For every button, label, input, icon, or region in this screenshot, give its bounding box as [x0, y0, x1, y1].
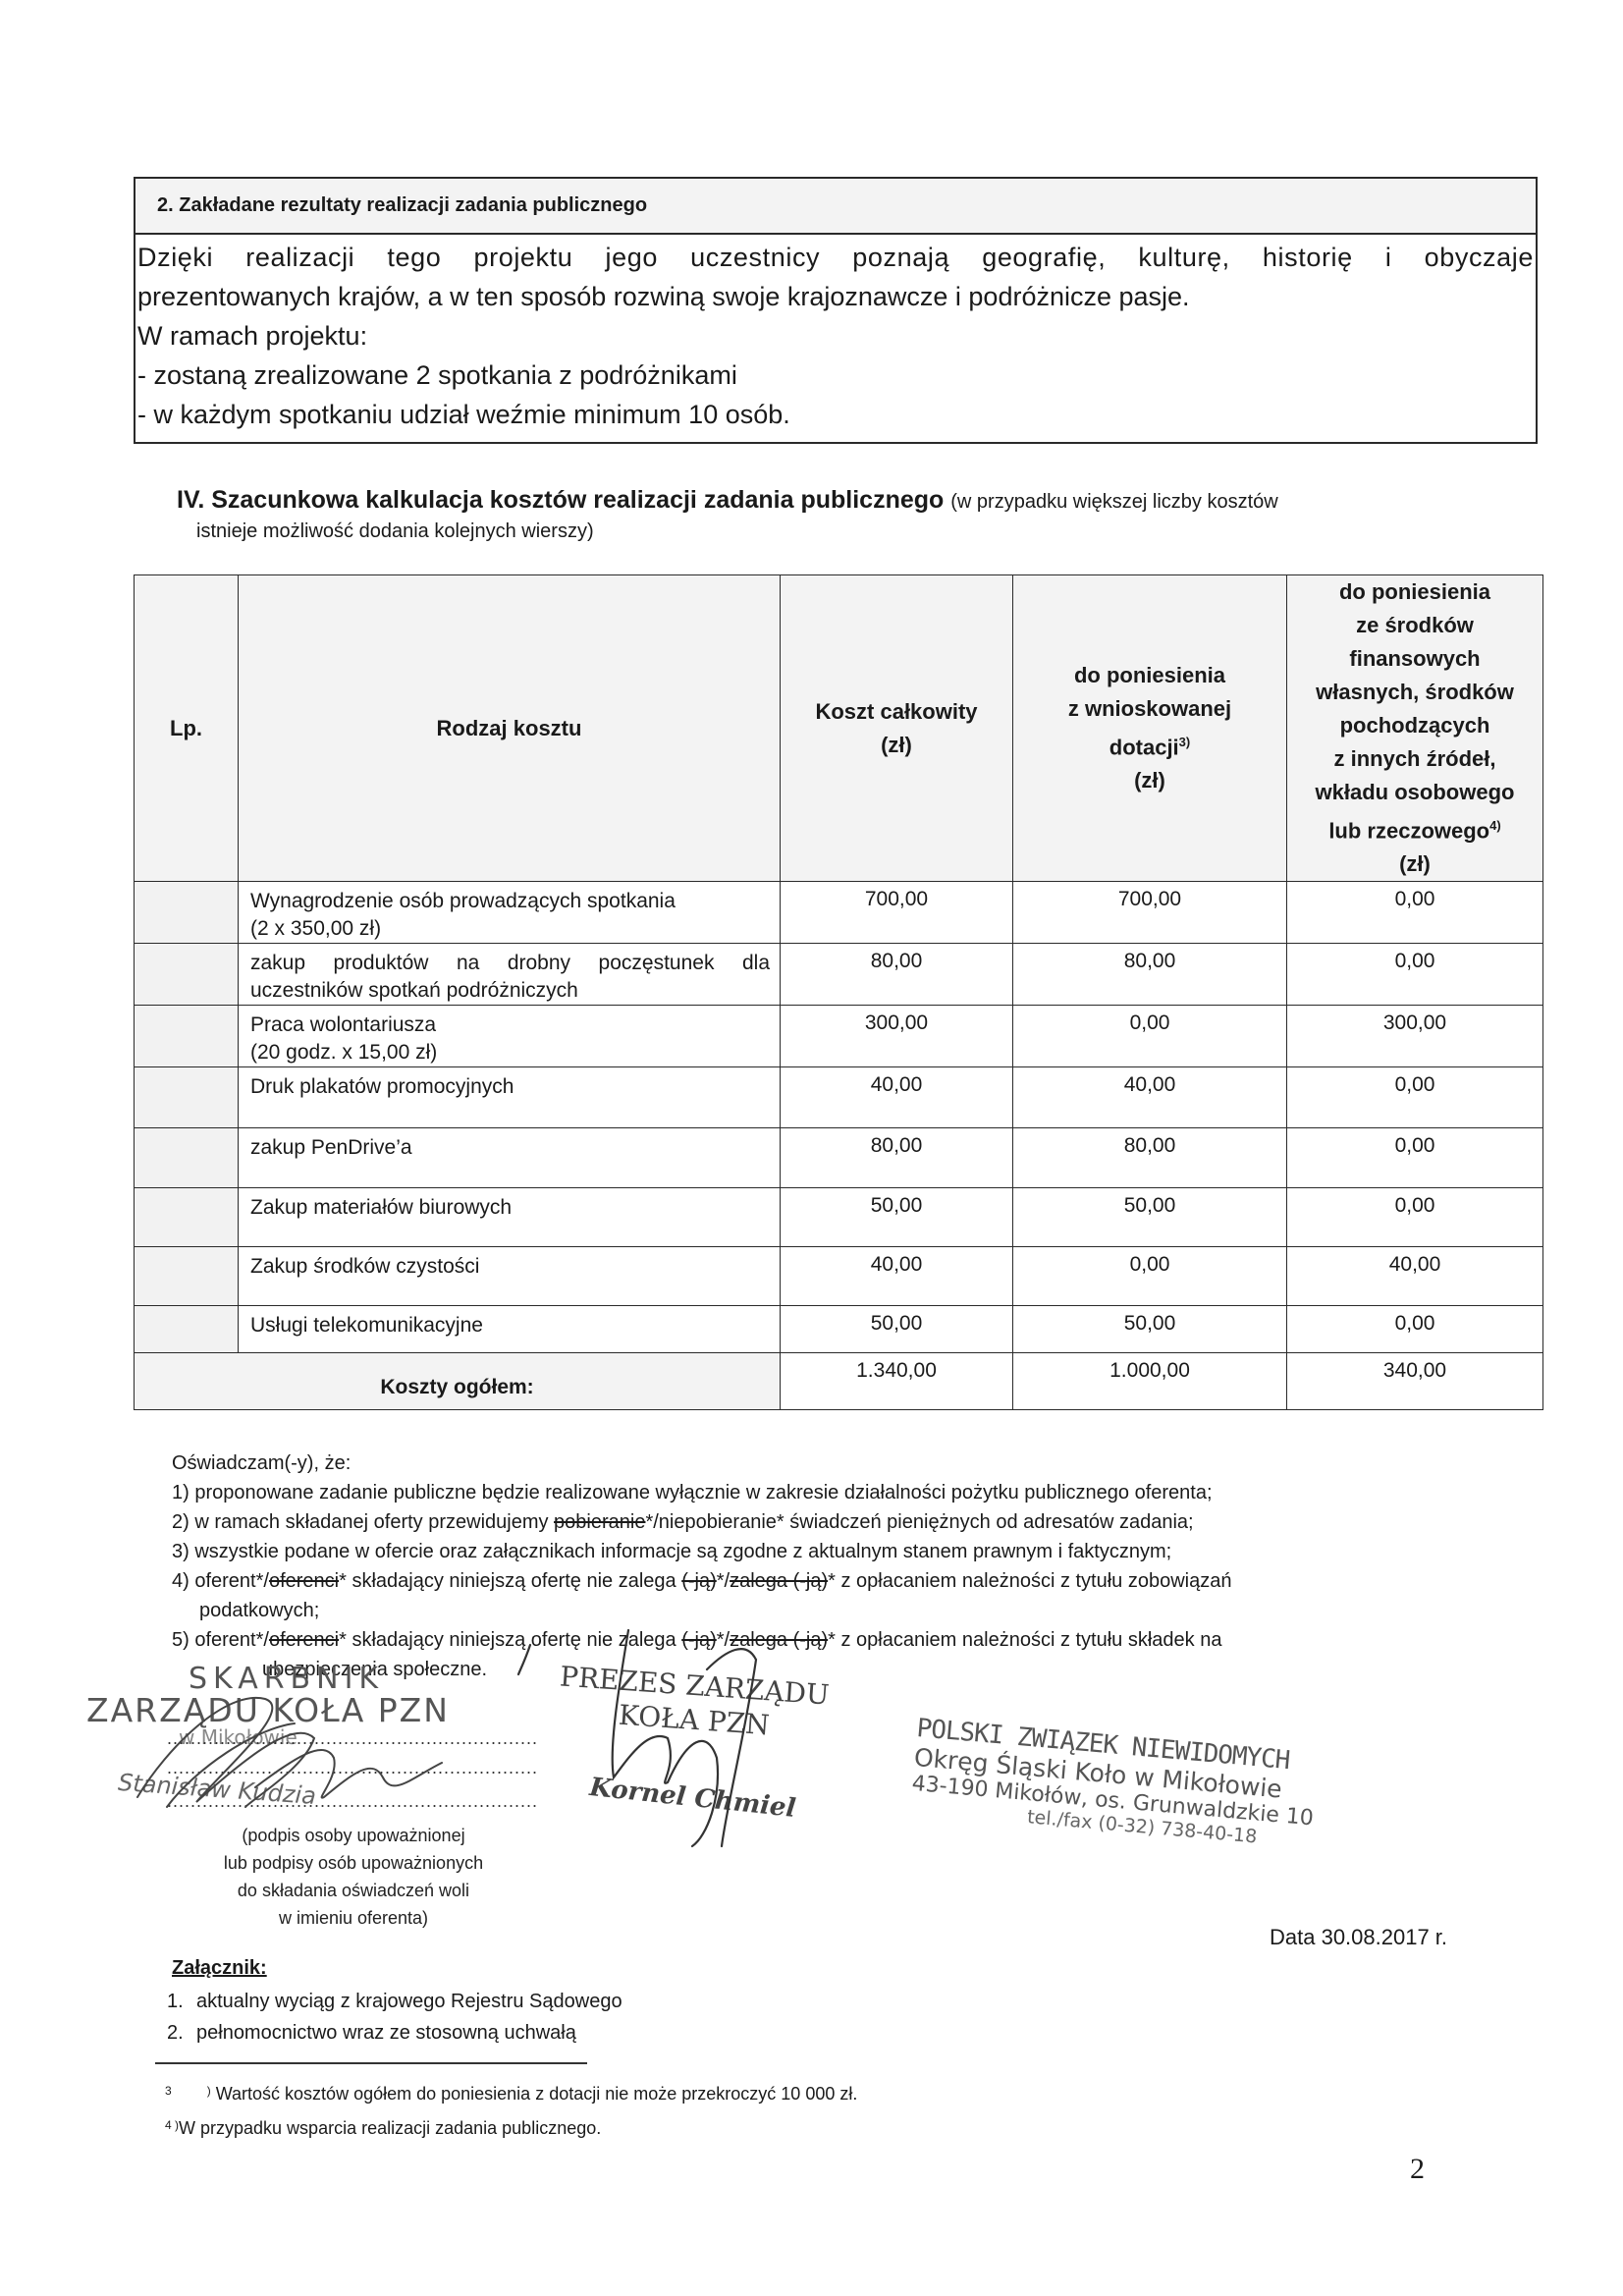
cost-row-total: 80,00 — [781, 944, 1013, 1006]
text: */niepobieranie* świadczeń pieniężnych o… — [645, 1511, 1193, 1533]
results-line: W ramach projektu: — [137, 316, 1534, 355]
declaration-item: 2) w ramach składanej oferty przewidujem… — [172, 1507, 1478, 1537]
declaration-item: 5) oferent*/oferenci* składający niniejs… — [172, 1625, 1478, 1655]
attachment-number: 1. — [167, 1986, 196, 2017]
cost-kind-line: Praca wolontariusza — [250, 1011, 770, 1039]
col-header-kind: Rodzaj kosztu — [239, 575, 781, 882]
text: * składający niniejszą ofertę nie zalega — [339, 1629, 681, 1651]
header-line: do poniesienia — [1287, 575, 1542, 609]
total-own: 340,00 — [1287, 1353, 1543, 1410]
section4-heading: IV. Szacunkowa kalkulacja kosztów realiz… — [177, 486, 1278, 515]
cost-kind-line: (20 godz. x 15,00 zł) — [250, 1039, 770, 1066]
header-line: z wnioskowanej — [1013, 692, 1286, 726]
header-line: ze środków — [1287, 609, 1542, 642]
cost-row-own: 0,00 — [1287, 1188, 1543, 1247]
struck-option: oferenci — [269, 1629, 339, 1651]
footnote-3: 3) Wartość kosztów ogółem do poniesienia… — [165, 2084, 857, 2105]
cost-row-total: 40,00 — [781, 1247, 1013, 1306]
cost-row-lp — [135, 1006, 239, 1067]
results-section-title: 2. Zakładane rezultaty realizacji zadani… — [135, 179, 1536, 235]
attachments-list: 1.aktualny wyciąg z krajowego Rejestru S… — [167, 1986, 622, 2049]
attachment-item: 2.pełnomocnictwo wraz ze stosowną uchwał… — [167, 2017, 622, 2049]
cost-row-grant: 40,00 — [1013, 1067, 1287, 1128]
declaration-item: 3) wszystkie podane w ofercie oraz załąc… — [172, 1537, 1478, 1566]
page-number: 2 — [1410, 2153, 1425, 2186]
attachment-text: pełnomocnictwo wraz ze stosowną uchwałą — [196, 2022, 576, 2044]
header-line: lub rzeczowego — [1328, 818, 1489, 843]
treasurer-stamp-board: ZARZĄDU KOŁA PZN — [86, 1691, 450, 1729]
cost-row-own: 0,00 — [1287, 1128, 1543, 1188]
cost-kind-line: uczestników spotkań podróżniczych — [250, 977, 770, 1005]
cost-row-kind: zakup produktów na drobny poczęstunek dl… — [239, 944, 781, 1006]
cost-row-grant: 80,00 — [1013, 944, 1287, 1006]
results-section-body: Dzięki realizacji tego projektu jego ucz… — [135, 238, 1536, 434]
cost-row: Zakup materiałów biurowych50,0050,000,00 — [135, 1188, 1543, 1247]
section4-note: (w przypadku większej liczby kosztów — [950, 491, 1277, 513]
header-line: dotacji — [1109, 735, 1179, 759]
cost-row: Praca wolontariusza(20 godz. x 15,00 zł)… — [135, 1006, 1543, 1067]
total-grant: 1.000,00 — [1013, 1353, 1287, 1410]
text: * z opłacaniem należności z tytułu skład… — [828, 1629, 1221, 1651]
text: * składający niniejszą ofertę nie zalega — [339, 1570, 681, 1592]
text: 5) oferent*/ — [172, 1629, 269, 1651]
cost-row-lp — [135, 944, 239, 1006]
section4-title: IV. Szacunkowa kalkulacja kosztów realiz… — [177, 486, 944, 514]
cost-row: Zakup środków czystości40,000,0040,00 — [135, 1247, 1543, 1306]
header-line: Koszt całkowity — [781, 695, 1012, 729]
text: 2) w ramach składanej oferty przewidujem… — [172, 1511, 554, 1533]
cost-kind-line: Druk plakatów promocyjnych — [250, 1073, 770, 1101]
cost-row-lp — [135, 1128, 239, 1188]
header-line: pochodzących — [1287, 709, 1542, 742]
struck-option: pobieranie — [554, 1511, 645, 1533]
total-cost: 1.340,00 — [781, 1353, 1013, 1410]
cost-row-own: 0,00 — [1287, 882, 1543, 944]
struck-option: zalega (-ją) — [730, 1570, 828, 1592]
col-header-lp: Lp. — [135, 575, 239, 882]
text: 4) oferent*/ — [172, 1570, 269, 1592]
attachment-number: 2. — [167, 2017, 196, 2049]
cost-row-lp — [135, 1188, 239, 1247]
cost-row: Wynagrodzenie osób prowadzących spotkani… — [135, 882, 1543, 944]
section4-note-continued: istnieje możliwość dodania kolejnych wie… — [196, 520, 594, 543]
footnote-separator — [155, 2062, 587, 2064]
cost-row-kind: Usługi telekomunikacyjne — [239, 1306, 781, 1353]
cost-row: Usługi telekomunikacyjne50,0050,000,00 — [135, 1306, 1543, 1353]
cost-kind-line: Zakup środków czystości — [250, 1253, 770, 1281]
results-line: - w każdym spotkaniu udział weźmie minim… — [137, 395, 1534, 434]
cost-row-own: 300,00 — [1287, 1006, 1543, 1067]
cost-row-total: 80,00 — [781, 1128, 1013, 1188]
signature-caption: (podpis osoby upoważnionej lub podpisy o… — [177, 1822, 530, 1932]
organization-stamp: POLSKI ZWIĄZEK NIEWIDOMYCH Okręg Śląski … — [909, 1714, 1320, 1852]
cost-row: Druk plakatów promocyjnych40,0040,000,00 — [135, 1067, 1543, 1128]
footnote-mark: ) — [172, 2084, 211, 2098]
cost-row-total: 50,00 — [781, 1188, 1013, 1247]
header-line: (zł) — [781, 729, 1012, 762]
cost-table: Lp. Rodzaj kosztu Koszt całkowity (zł) d… — [134, 574, 1543, 1410]
cost-kind-line: zakup produktów na drobny poczęstunek dl… — [250, 950, 770, 977]
cost-row-total: 40,00 — [781, 1067, 1013, 1128]
footnote-4: 4 )W przypadku wsparcia realizacji zadan… — [165, 2118, 601, 2139]
footnote-mark: 4 ) — [165, 2118, 179, 2132]
declaration-item: 1) proponowane zadanie publiczne będzie … — [172, 1478, 1478, 1507]
header-line: (zł) — [1013, 764, 1286, 797]
text: * z opłacaniem należności z tytułu zobow… — [828, 1570, 1231, 1592]
header-line: finansowych — [1287, 642, 1542, 676]
cost-row-kind: Praca wolontariusza(20 godz. x 15,00 zł) — [239, 1006, 781, 1067]
header-line: własnych, środków — [1287, 676, 1542, 709]
cost-row-grant: 80,00 — [1013, 1128, 1287, 1188]
attachment-text: aktualny wyciąg z krajowego Rejestru Sąd… — [196, 1991, 622, 2012]
col-header-own-funds: do poniesienia ze środków finansowych wł… — [1287, 575, 1543, 882]
results-line: Dzięki realizacji tego projektu jego ucz… — [137, 238, 1534, 277]
cost-row-grant: 50,00 — [1013, 1188, 1287, 1247]
cost-kind-line: zakup PenDrive’a — [250, 1134, 770, 1162]
total-label: Koszty ogółem: — [135, 1353, 781, 1410]
declarations: Oświadczam(-y), że: 1) proponowane zadan… — [172, 1449, 1478, 1684]
cost-row-kind: zakup PenDrive’a — [239, 1128, 781, 1188]
cost-row-lp — [135, 1247, 239, 1306]
cost-kind-line: Usługi telekomunikacyjne — [250, 1312, 770, 1339]
results-line: prezentowanych krajów, a w ten sposób ro… — [137, 277, 1534, 316]
cost-row-kind: Druk plakatów promocyjnych — [239, 1067, 781, 1128]
text: */ — [717, 1570, 730, 1592]
cost-row-kind: Zakup środków czystości — [239, 1247, 781, 1306]
header-line: (zł) — [1287, 847, 1542, 881]
cost-row-own: 40,00 — [1287, 1247, 1543, 1306]
footnote-ref: 3) — [1179, 735, 1191, 749]
cost-row-lp — [135, 1306, 239, 1353]
footnote-mark: 3 — [165, 2084, 172, 2098]
cost-row-total: 700,00 — [781, 882, 1013, 944]
cost-row-grant: 0,00 — [1013, 1006, 1287, 1067]
signature-line: ........................................… — [167, 1728, 538, 1749]
cost-row: zakup PenDrive’a80,0080,000,00 — [135, 1128, 1543, 1188]
col-header-grant: do poniesienia z wnioskowanej dotacji3) … — [1013, 575, 1287, 882]
declaration-item-continued: podatkowych; — [172, 1596, 1478, 1625]
header-line: wkładu osobowego — [1287, 776, 1542, 809]
caption-line: (podpis osoby upoważnionej — [177, 1822, 530, 1849]
cost-kind-line: Zakup materiałów biurowych — [250, 1194, 770, 1222]
struck-option: oferenci — [269, 1570, 339, 1592]
cost-row-kind: Zakup materiałów biurowych — [239, 1188, 781, 1247]
footnote-text: W przypadku wsparcia realizacji zadania … — [179, 2118, 601, 2138]
cost-row-lp — [135, 1067, 239, 1128]
cost-row-own: 0,00 — [1287, 944, 1543, 1006]
results-line: - zostaną zrealizowane 2 spotkania z pod… — [137, 355, 1534, 395]
cost-row-lp — [135, 882, 239, 944]
president-name-stamp: Kornel Chmiel — [588, 1773, 797, 1824]
struck-option: zalega (-ją) — [730, 1629, 828, 1651]
cost-row-grant: 50,00 — [1013, 1306, 1287, 1353]
cost-row-total: 300,00 — [781, 1006, 1013, 1067]
header-line: z innych źródeł, — [1287, 742, 1542, 776]
cost-table-header-row: Lp. Rodzaj kosztu Koszt całkowity (zł) d… — [135, 575, 1543, 882]
text: */ — [717, 1629, 730, 1651]
caption-line: lub podpisy osób upoważnionych — [177, 1849, 530, 1877]
cost-kind-line: (2 x 350,00 zł) — [250, 915, 770, 943]
cost-row-own: 0,00 — [1287, 1067, 1543, 1128]
document-date: Data 30.08.2017 r. — [1270, 1925, 1447, 1950]
col-header-total: Koszt całkowity (zł) — [781, 575, 1013, 882]
declarations-intro: Oświadczam(-y), że: — [172, 1449, 1478, 1478]
cost-row: zakup produktów na drobny poczęstunek dl… — [135, 944, 1543, 1006]
cost-total-row: Koszty ogółem: 1.340,00 1.000,00 340,00 — [135, 1353, 1543, 1410]
caption-line: do składania oświadczeń woli — [177, 1877, 530, 1904]
header-line: do poniesienia — [1013, 659, 1286, 692]
cost-kind-line: Wynagrodzenie osób prowadzących spotkani… — [250, 888, 770, 915]
caption-line: w imieniu oferenta) — [177, 1904, 530, 1932]
attachment-item: 1.aktualny wyciąg z krajowego Rejestru S… — [167, 1986, 622, 2017]
declaration-item: 4) oferent*/oferenci* składający niniejs… — [172, 1566, 1478, 1596]
cost-row-kind: Wynagrodzenie osób prowadzących spotkani… — [239, 882, 781, 944]
results-section: 2. Zakładane rezultaty realizacji zadani… — [134, 177, 1538, 444]
struck-option: (-ją) — [681, 1629, 717, 1651]
cost-row-grant: 0,00 — [1013, 1247, 1287, 1306]
footnote-ref: 4) — [1489, 818, 1501, 833]
cost-row-own: 0,00 — [1287, 1306, 1543, 1353]
cost-row-total: 50,00 — [781, 1306, 1013, 1353]
struck-option: (-ją) — [681, 1570, 717, 1592]
attachments-title: Załącznik: — [172, 1957, 267, 1980]
footnote-text: Wartość kosztów ogółem do poniesienia z … — [216, 2084, 858, 2104]
cost-row-grant: 700,00 — [1013, 882, 1287, 944]
